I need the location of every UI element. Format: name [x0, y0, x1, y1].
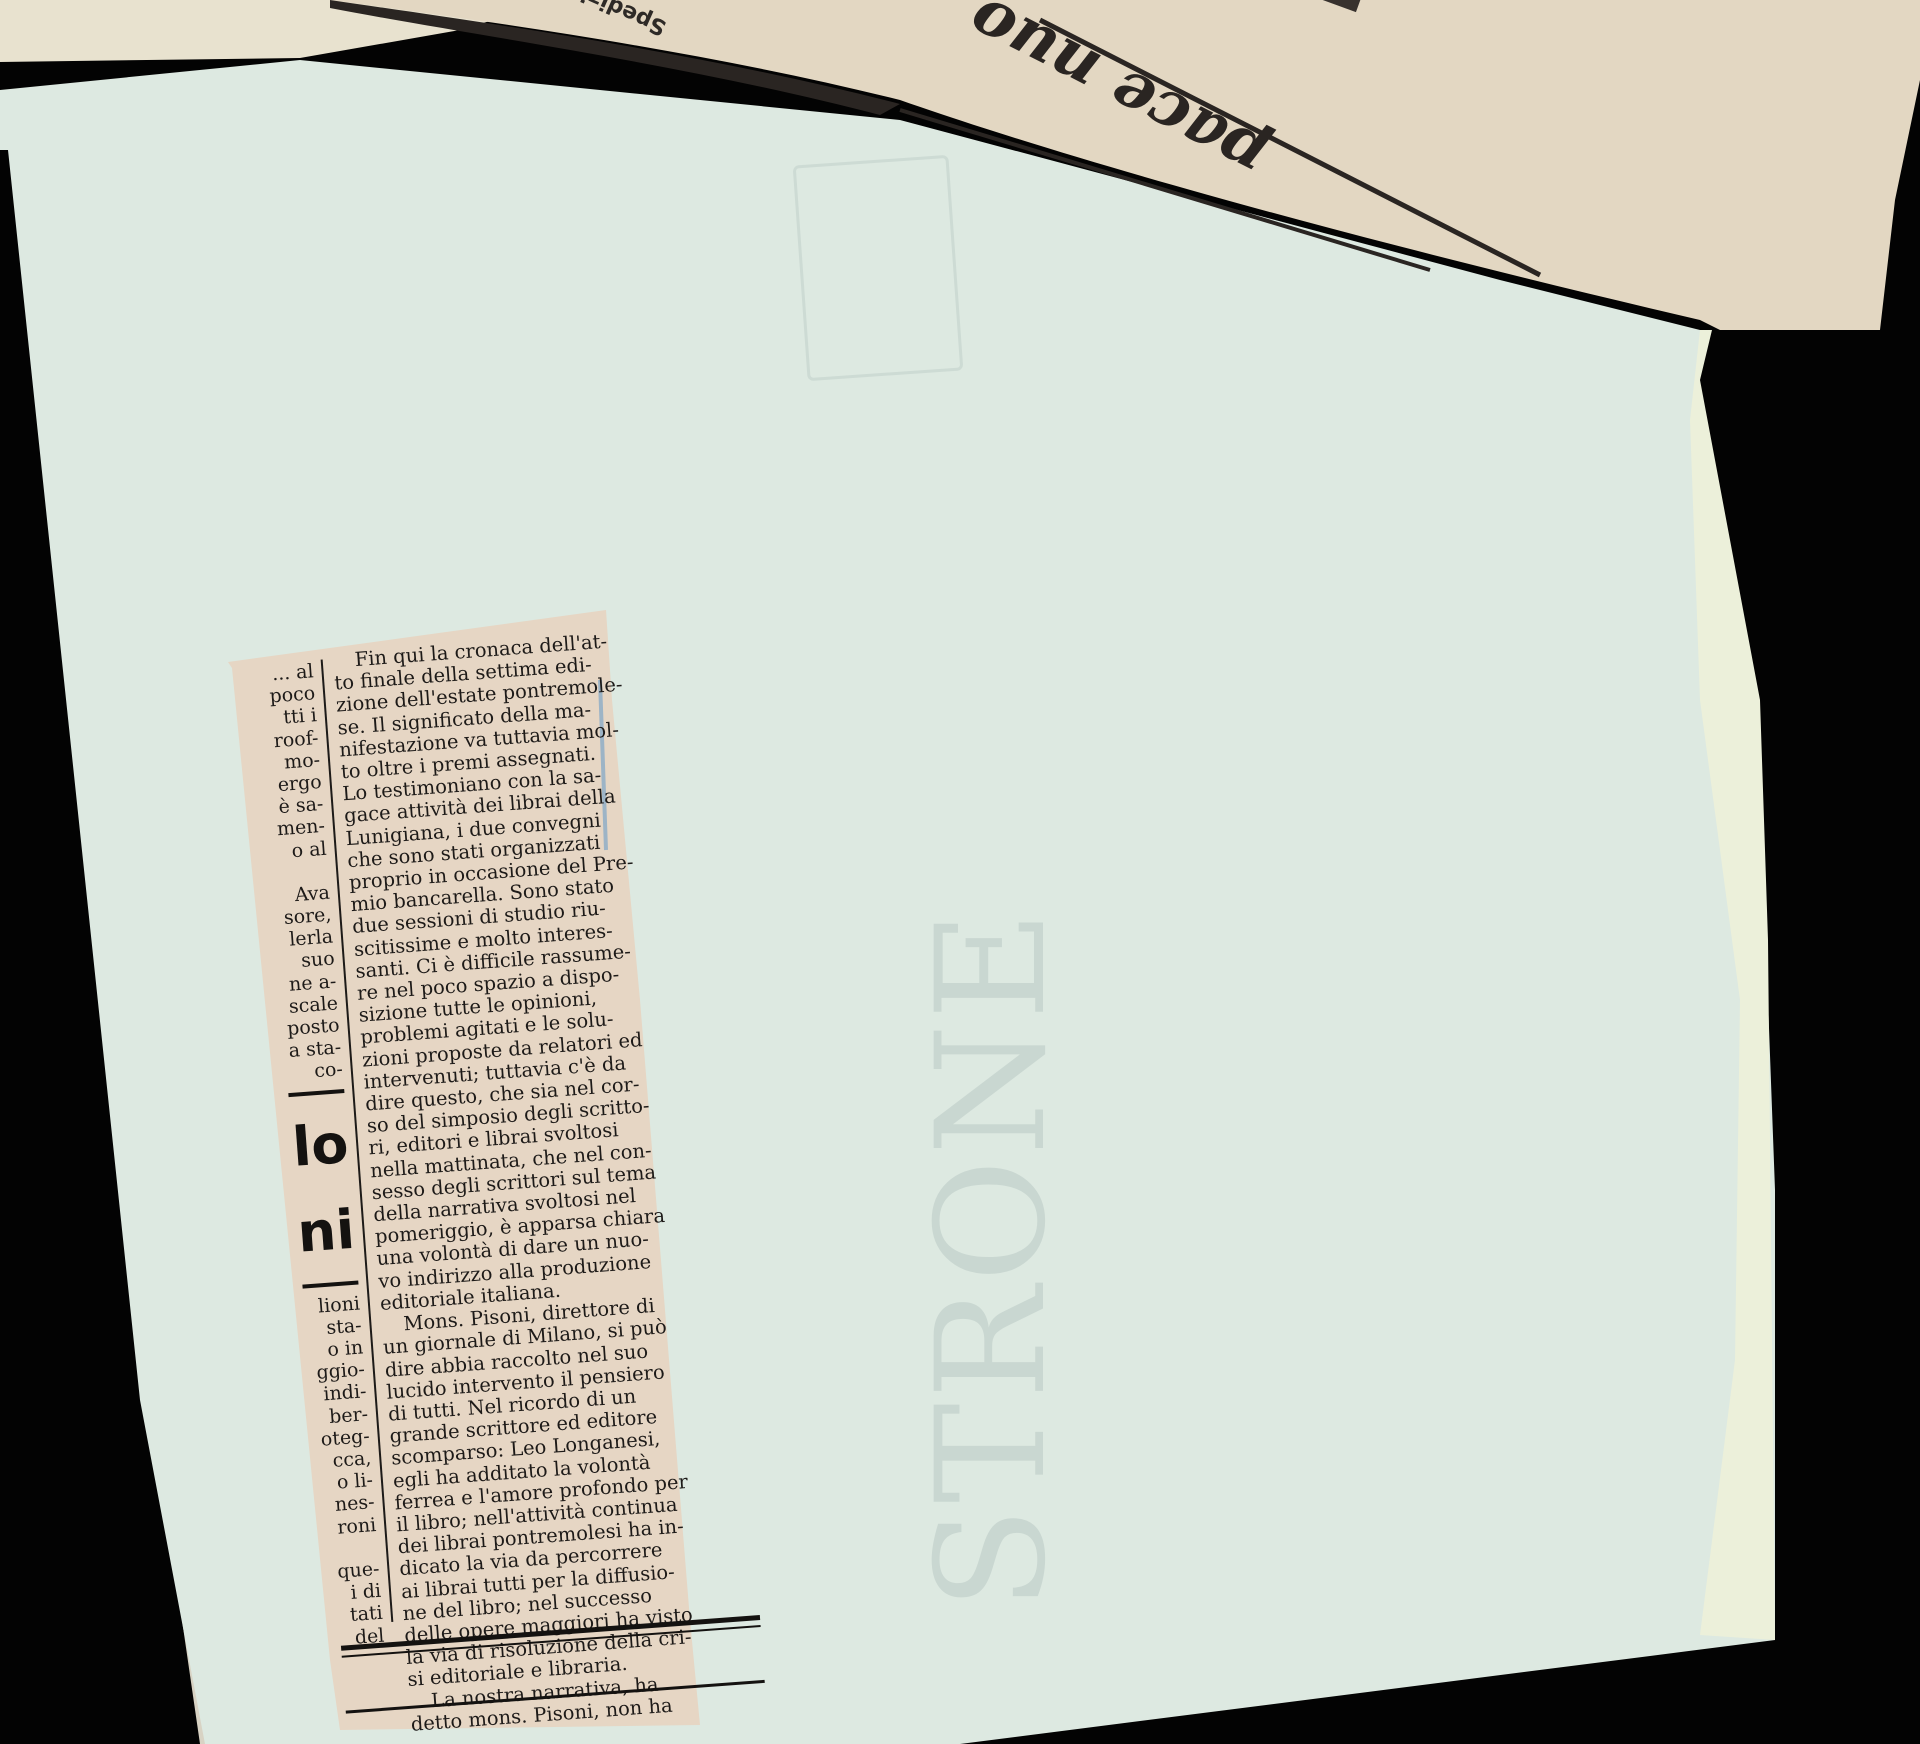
clipping-text: ... alpocotti iroof-mo-ergoè sa-men-o al… — [225, 582, 776, 1733]
clipping-headline-fragment: ni — [268, 1186, 358, 1278]
headline-rule — [302, 1280, 358, 1288]
clipping-headline-fragment: lo — [261, 1101, 351, 1193]
faint-stamp — [793, 155, 964, 381]
newspaper-clipping: ... alpocotti iroof-mo-ergoè sa-men-o al… — [228, 612, 698, 1732]
clipping-left-line: co- — [258, 1059, 343, 1087]
photo-scene: La Ci pace nuo Spedizione in Abb. Postal… — [0, 0, 1920, 1744]
clipping-main-column: Fin qui la cronaca dell'at-to finale del… — [332, 625, 761, 1736]
headline-rule — [288, 1089, 344, 1097]
watermark-stamp: STRONE — [905, 907, 1079, 1610]
